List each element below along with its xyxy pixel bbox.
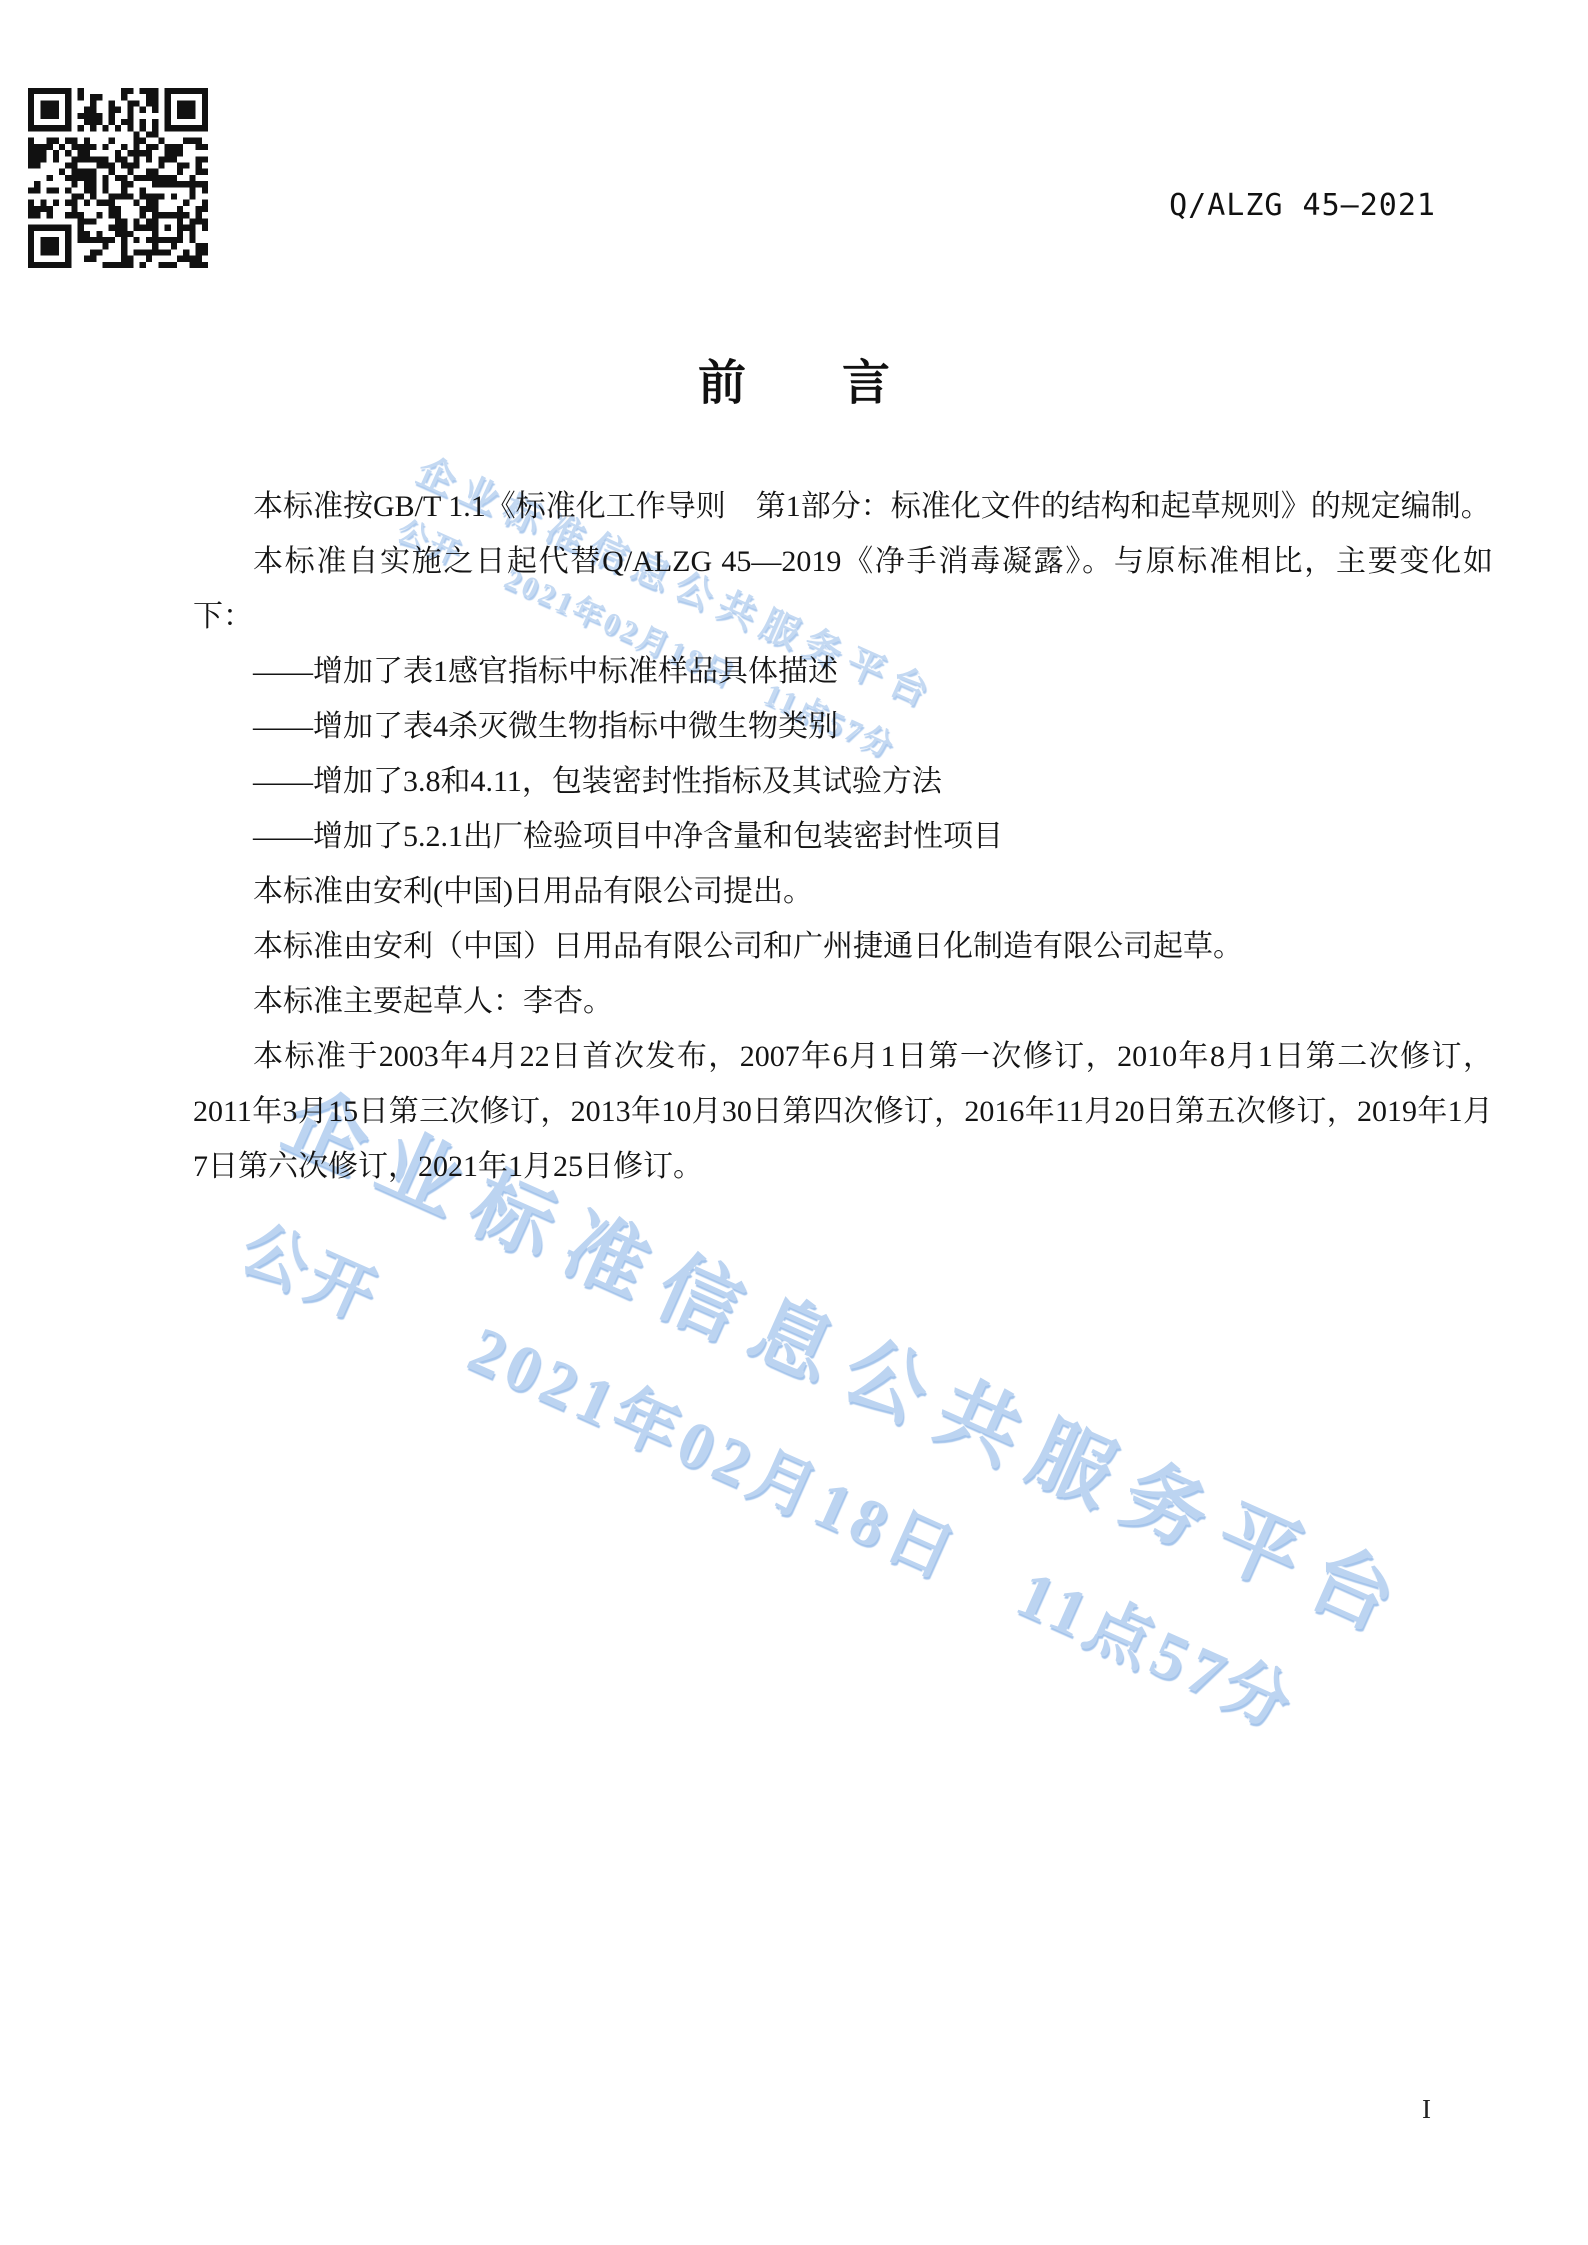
paragraph: 本标准按GB/T 1.1《标准化工作导则 第1部分：标准化文件的结构和起草规则》… [193, 479, 1493, 534]
page-number: I [1422, 2094, 1431, 2125]
qr-code-icon [28, 88, 208, 268]
paragraph: ——增加了表1感官指标中标准样品具体描述 [193, 644, 1493, 699]
watermark-gap [368, 1323, 464, 1366]
watermark-date-line: 公开2021年02月18日 11点57分 [218, 1190, 1375, 1775]
document-page: Q/ALZG 45—2021 企业标准信息公共服务平台 公开2021年02月18… [0, 0, 1588, 2245]
paragraph: ——增加了表4杀灭微生物指标中微生物类别 [193, 699, 1493, 754]
paragraph: 本标准于2003年4月22日首次发布，2007年6月1日第一次修订，2010年8… [193, 1029, 1493, 1194]
doc-code: Q/ALZG 45—2021 [1169, 188, 1436, 223]
paragraph: ——增加了3.8和4.11，包装密封性指标及其试验方法 [193, 754, 1493, 809]
paragraph: 本标准自实施之日起代替Q/ALZG 45—2019《净手消毒凝露》。与原标准相比… [193, 534, 1493, 644]
qr-code-image [28, 88, 208, 268]
page-title: 前 言 [0, 344, 1588, 413]
watermark-timestamp: 2021年02月18日 11点57分 [458, 1313, 1307, 1744]
paragraph: 本标准由安利(中国)日用品有限公司提出。 [193, 864, 1493, 919]
paragraph: ——增加了5.2.1出厂检验项目中净含量和包装密封性项目 [193, 809, 1493, 864]
foreword-body: 本标准按GB/T 1.1《标准化工作导则 第1部分：标准化文件的结构和起草规则》… [193, 479, 1493, 1194]
watermark-public-label: 公开 [230, 1212, 391, 1337]
paragraph: 本标准主要起草人：李杏。 [193, 974, 1493, 1029]
paragraph: 本标准由安利（中国）日用品有限公司和广州捷通日化制造有限公司起草。 [193, 919, 1493, 974]
